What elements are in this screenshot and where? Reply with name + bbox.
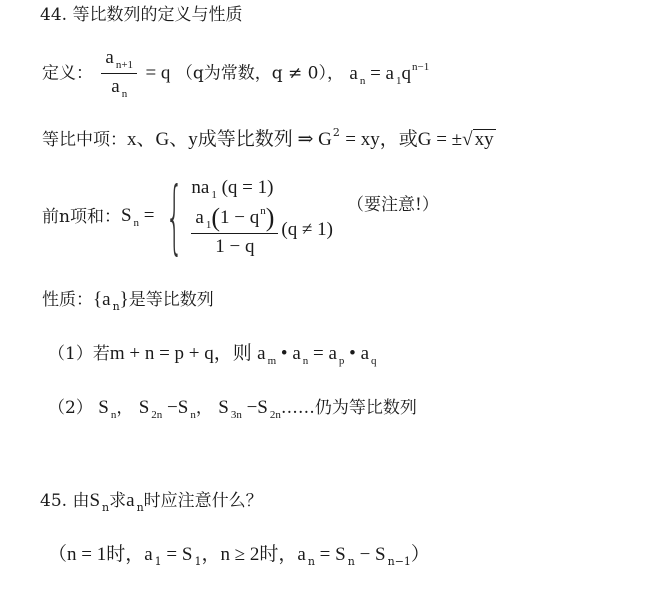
definition-condition: （q为常数，q ≠ 0）， [176,64,344,84]
note-text: （要注意!） [347,197,439,214]
section-44-title: 44. 等比数列的定义与性质 [40,7,242,24]
definition-line: 定义： an+1 an = q （q为常数，q ≠ 0）， an = a1qn−… [42,48,429,100]
section-45-title: 45. 由Sn求an时应注意什么？ [40,491,263,513]
property-1: （1）若m + n = p + q，则 am • an = ap • aq [48,344,377,367]
property-2: （2） Sn， S2n −Sn， S3n −S2n……仍为等比数列 [48,398,417,421]
sum-formula-line: 前n项和： Sn = { na1 (q = 1) a1(1 − qn) 1 − … [42,172,439,262]
section-45-answer: （n = 1时，a1 = S1，n ≥ 2时，an = Sn − Sn−1） [48,545,430,567]
sum-cases: na1 (q = 1) a1(1 − qn) 1 − q (q ≠ 1) [191,178,333,256]
geometric-mean-line: 等比中项：x、G、y成等比数列 ⇒ G2 = xy，或G = ±√xy [42,127,496,149]
left-brace: { [165,177,183,257]
definition-label: 定义： [42,64,93,84]
property-line: 性质：{an}是等比数列 [42,290,214,312]
sqrt-xy: xy [473,129,496,149]
general-term: an = a1qn−1 [349,63,429,84]
ratio-fraction: an+1 an [101,48,137,100]
